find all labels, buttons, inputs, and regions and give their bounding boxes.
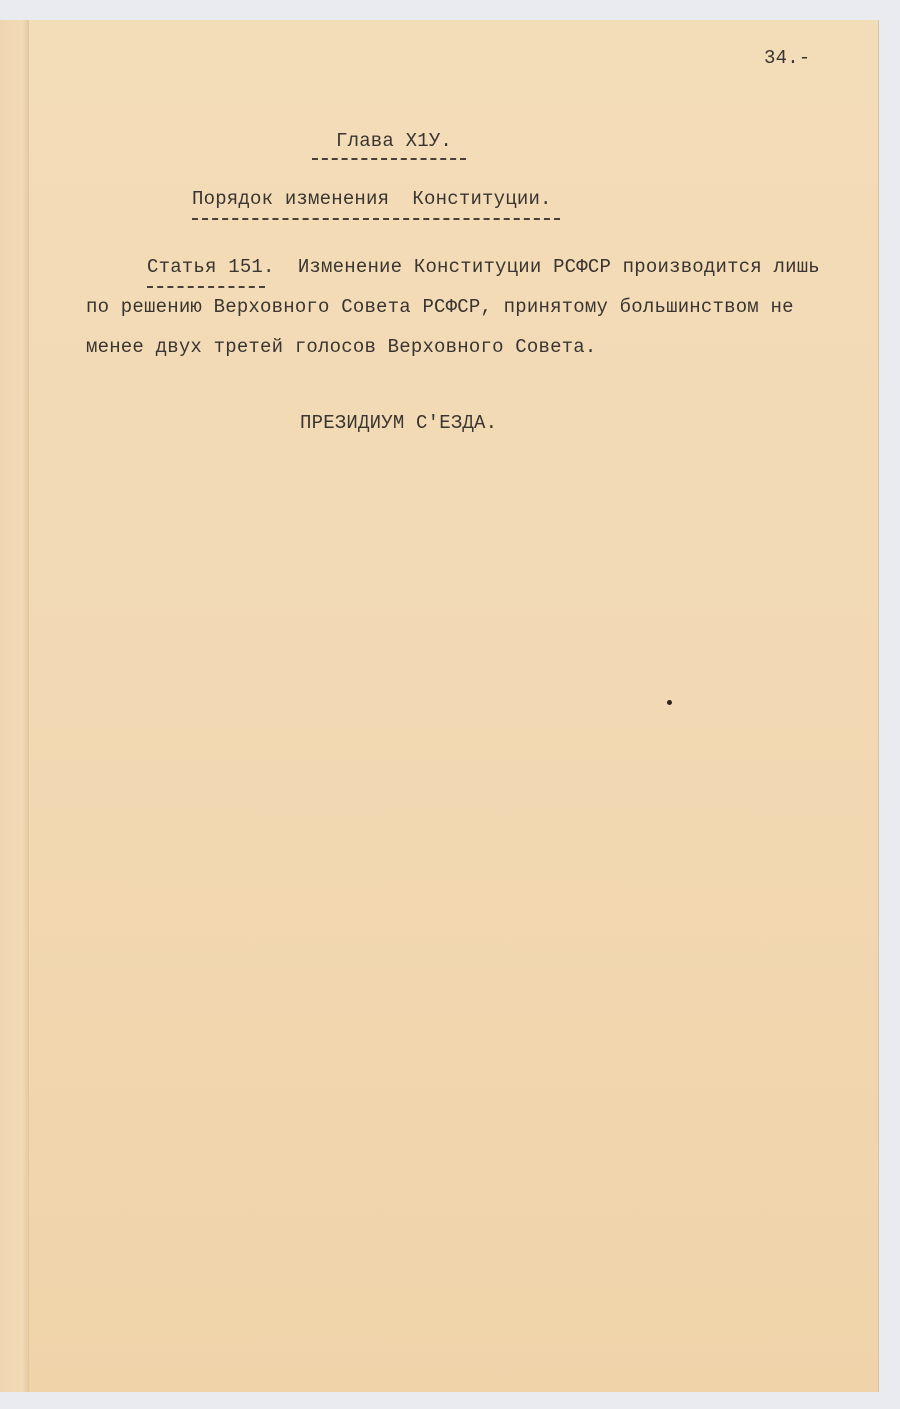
article-first-line: Статья 151. Изменение Конституции РСФСР … bbox=[147, 256, 820, 278]
section-title: Порядок изменения Конституции. bbox=[192, 188, 552, 210]
ink-speck bbox=[667, 700, 672, 705]
article-line-2: по решению Верховного Совета РСФСР, прин… bbox=[86, 296, 794, 318]
article-line-1: Изменение Конституции РСФСР производится… bbox=[275, 256, 820, 278]
page-fold bbox=[0, 20, 29, 1392]
article-label: Статья 151. bbox=[147, 256, 275, 278]
article-line-3: менее двух третей голосов Верховного Сов… bbox=[86, 336, 596, 358]
section-title-underline bbox=[192, 218, 560, 220]
signature: ПРЕЗИДИУМ С'ЕЗДА. bbox=[300, 412, 497, 434]
chapter-heading: Глава Х1У. bbox=[336, 130, 452, 152]
article-label-underline bbox=[147, 286, 265, 288]
chapter-underline bbox=[312, 158, 466, 160]
page-number: 34.- bbox=[764, 47, 810, 69]
document-page: 34.- Глава Х1У. Порядок изменения Консти… bbox=[0, 20, 879, 1392]
